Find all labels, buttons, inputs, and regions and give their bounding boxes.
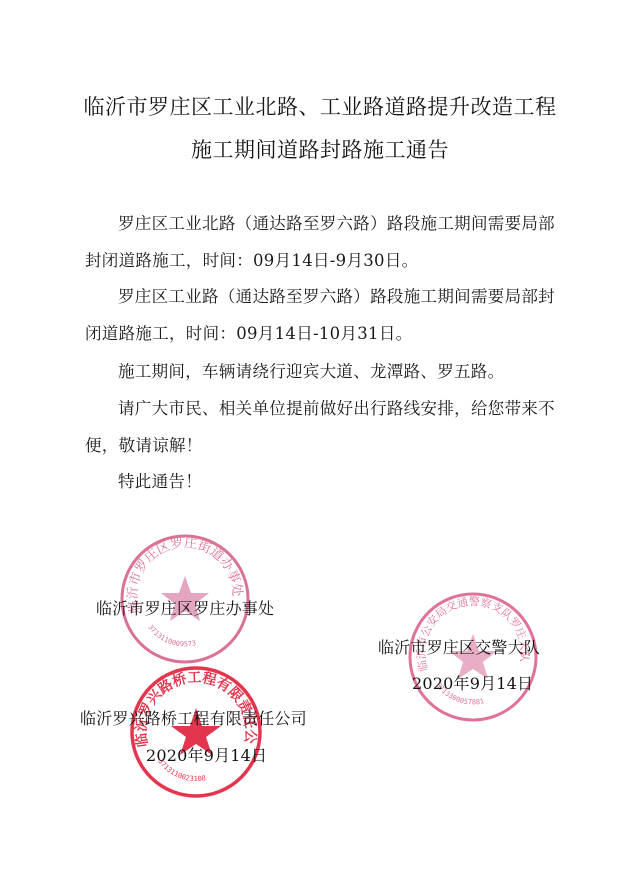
paragraph-apology: 请广大市民、相关单位提前做好出行路线安排，给您带来不便，敬请谅解！ (85, 390, 555, 464)
svg-text:3713110009573: 3713110009573 (146, 623, 197, 648)
paragraph-detour: 施工期间，车辆请绕行迎宾大道、龙潭路、罗五路。 (85, 353, 555, 390)
notice-title-line1: 临沂市罗庄区工业北路、工业路道路提升改造工程 (0, 91, 640, 121)
office-signature: 临沂市罗庄区罗庄办事处 (96, 596, 274, 619)
notice-title-line2: 施工期间道路封路施工通告 (0, 134, 640, 164)
paragraph-gongyebei-road: 罗庄区工业北路（通达路至罗六路）路段施工期间需要局部封闭道路施工，时间：09月1… (85, 205, 555, 279)
paragraph-gongye-road: 罗庄区工业路（通达路至罗六路）路段施工期间需要局部封闭道路施工，时间：09月14… (85, 278, 555, 352)
company-stamp-icon: 临沂罗兴路桥工程有限责任公司 3713110023108 (128, 664, 264, 800)
paragraph-closing: 特此通告！ (85, 463, 555, 500)
traffic-police-signature: 临沂市罗庄区交警大队 (378, 635, 540, 658)
company-date: 2020年9月14日 (146, 743, 267, 766)
traffic-police-date: 2020年9月14日 (412, 671, 533, 694)
company-signature: 临沂罗兴路桥工程有限责任公司 (80, 706, 307, 729)
